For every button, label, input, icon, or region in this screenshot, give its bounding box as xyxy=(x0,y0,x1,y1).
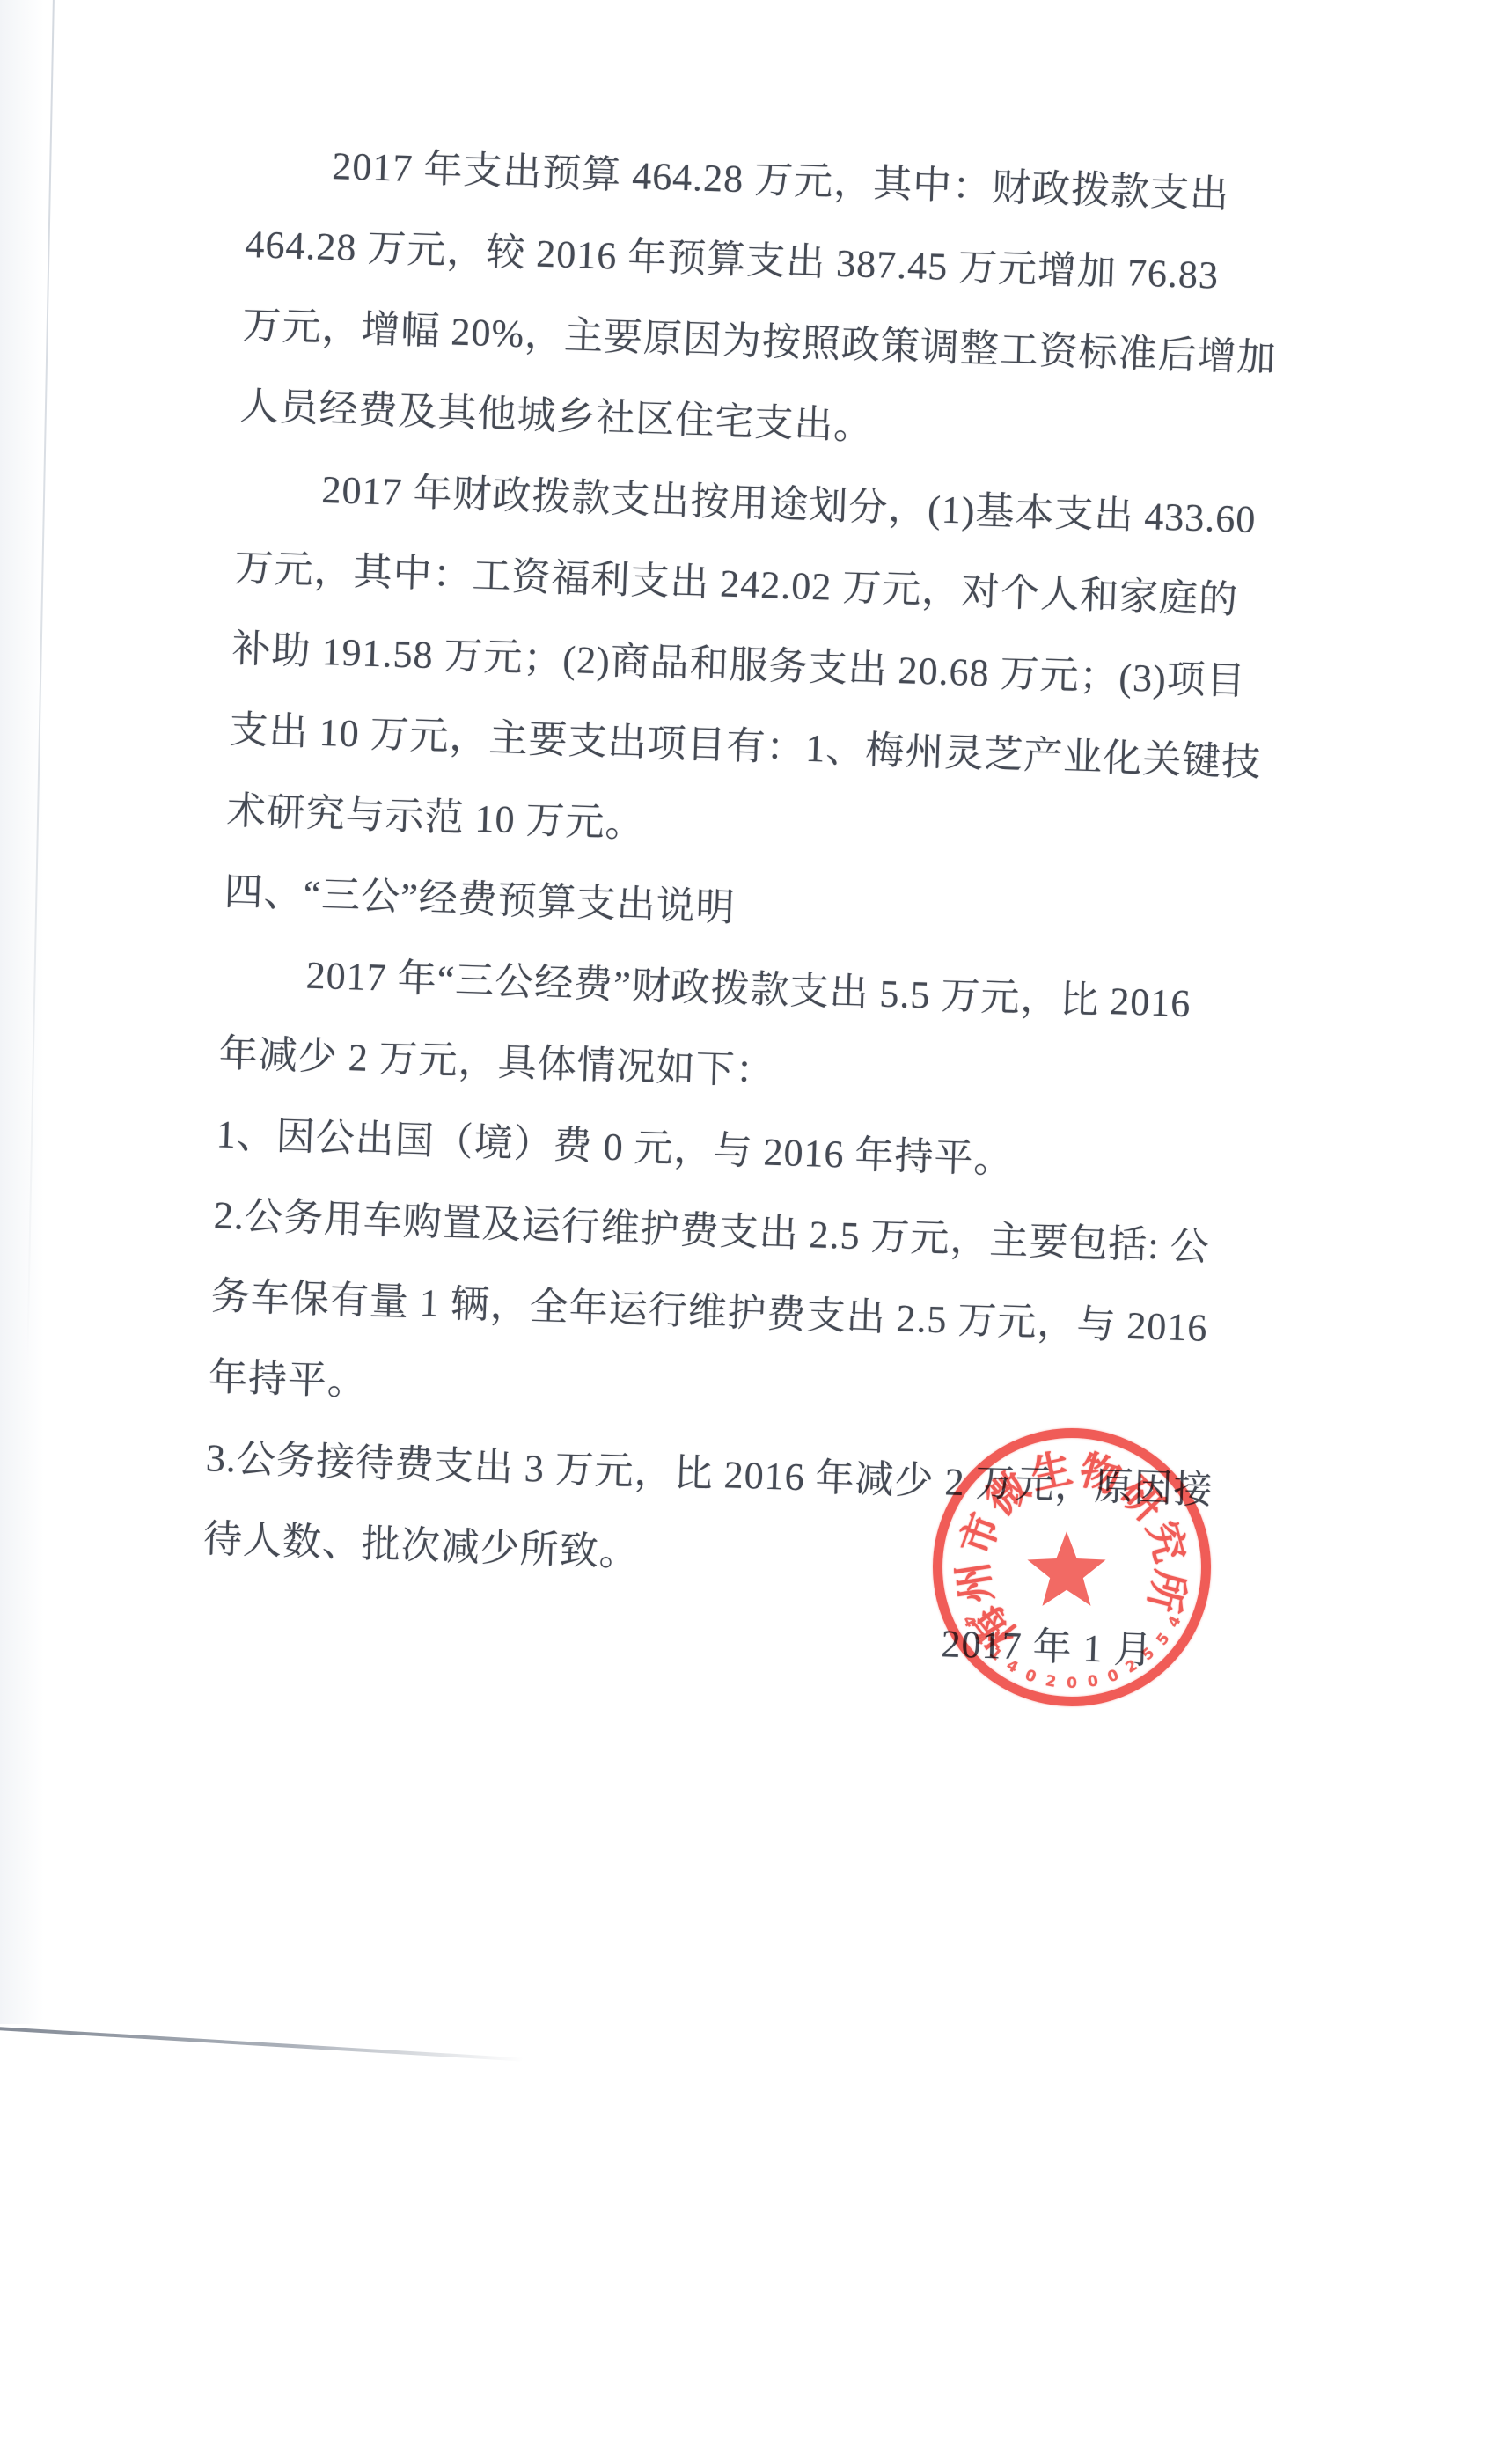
scan-artifact-line xyxy=(0,2027,524,2062)
seal-star-icon xyxy=(1019,1525,1114,1620)
document-page: 2017 年支出预算 464.28 万元，其中：财政拨款支出 464.28 万元… xyxy=(0,0,1496,2464)
official-seal: 梅州市微生物研究所 4414020002554 xyxy=(931,1426,1213,1708)
scan-left-shading xyxy=(0,0,44,2024)
seal-serial-digit: 0 xyxy=(1067,1675,1077,1692)
